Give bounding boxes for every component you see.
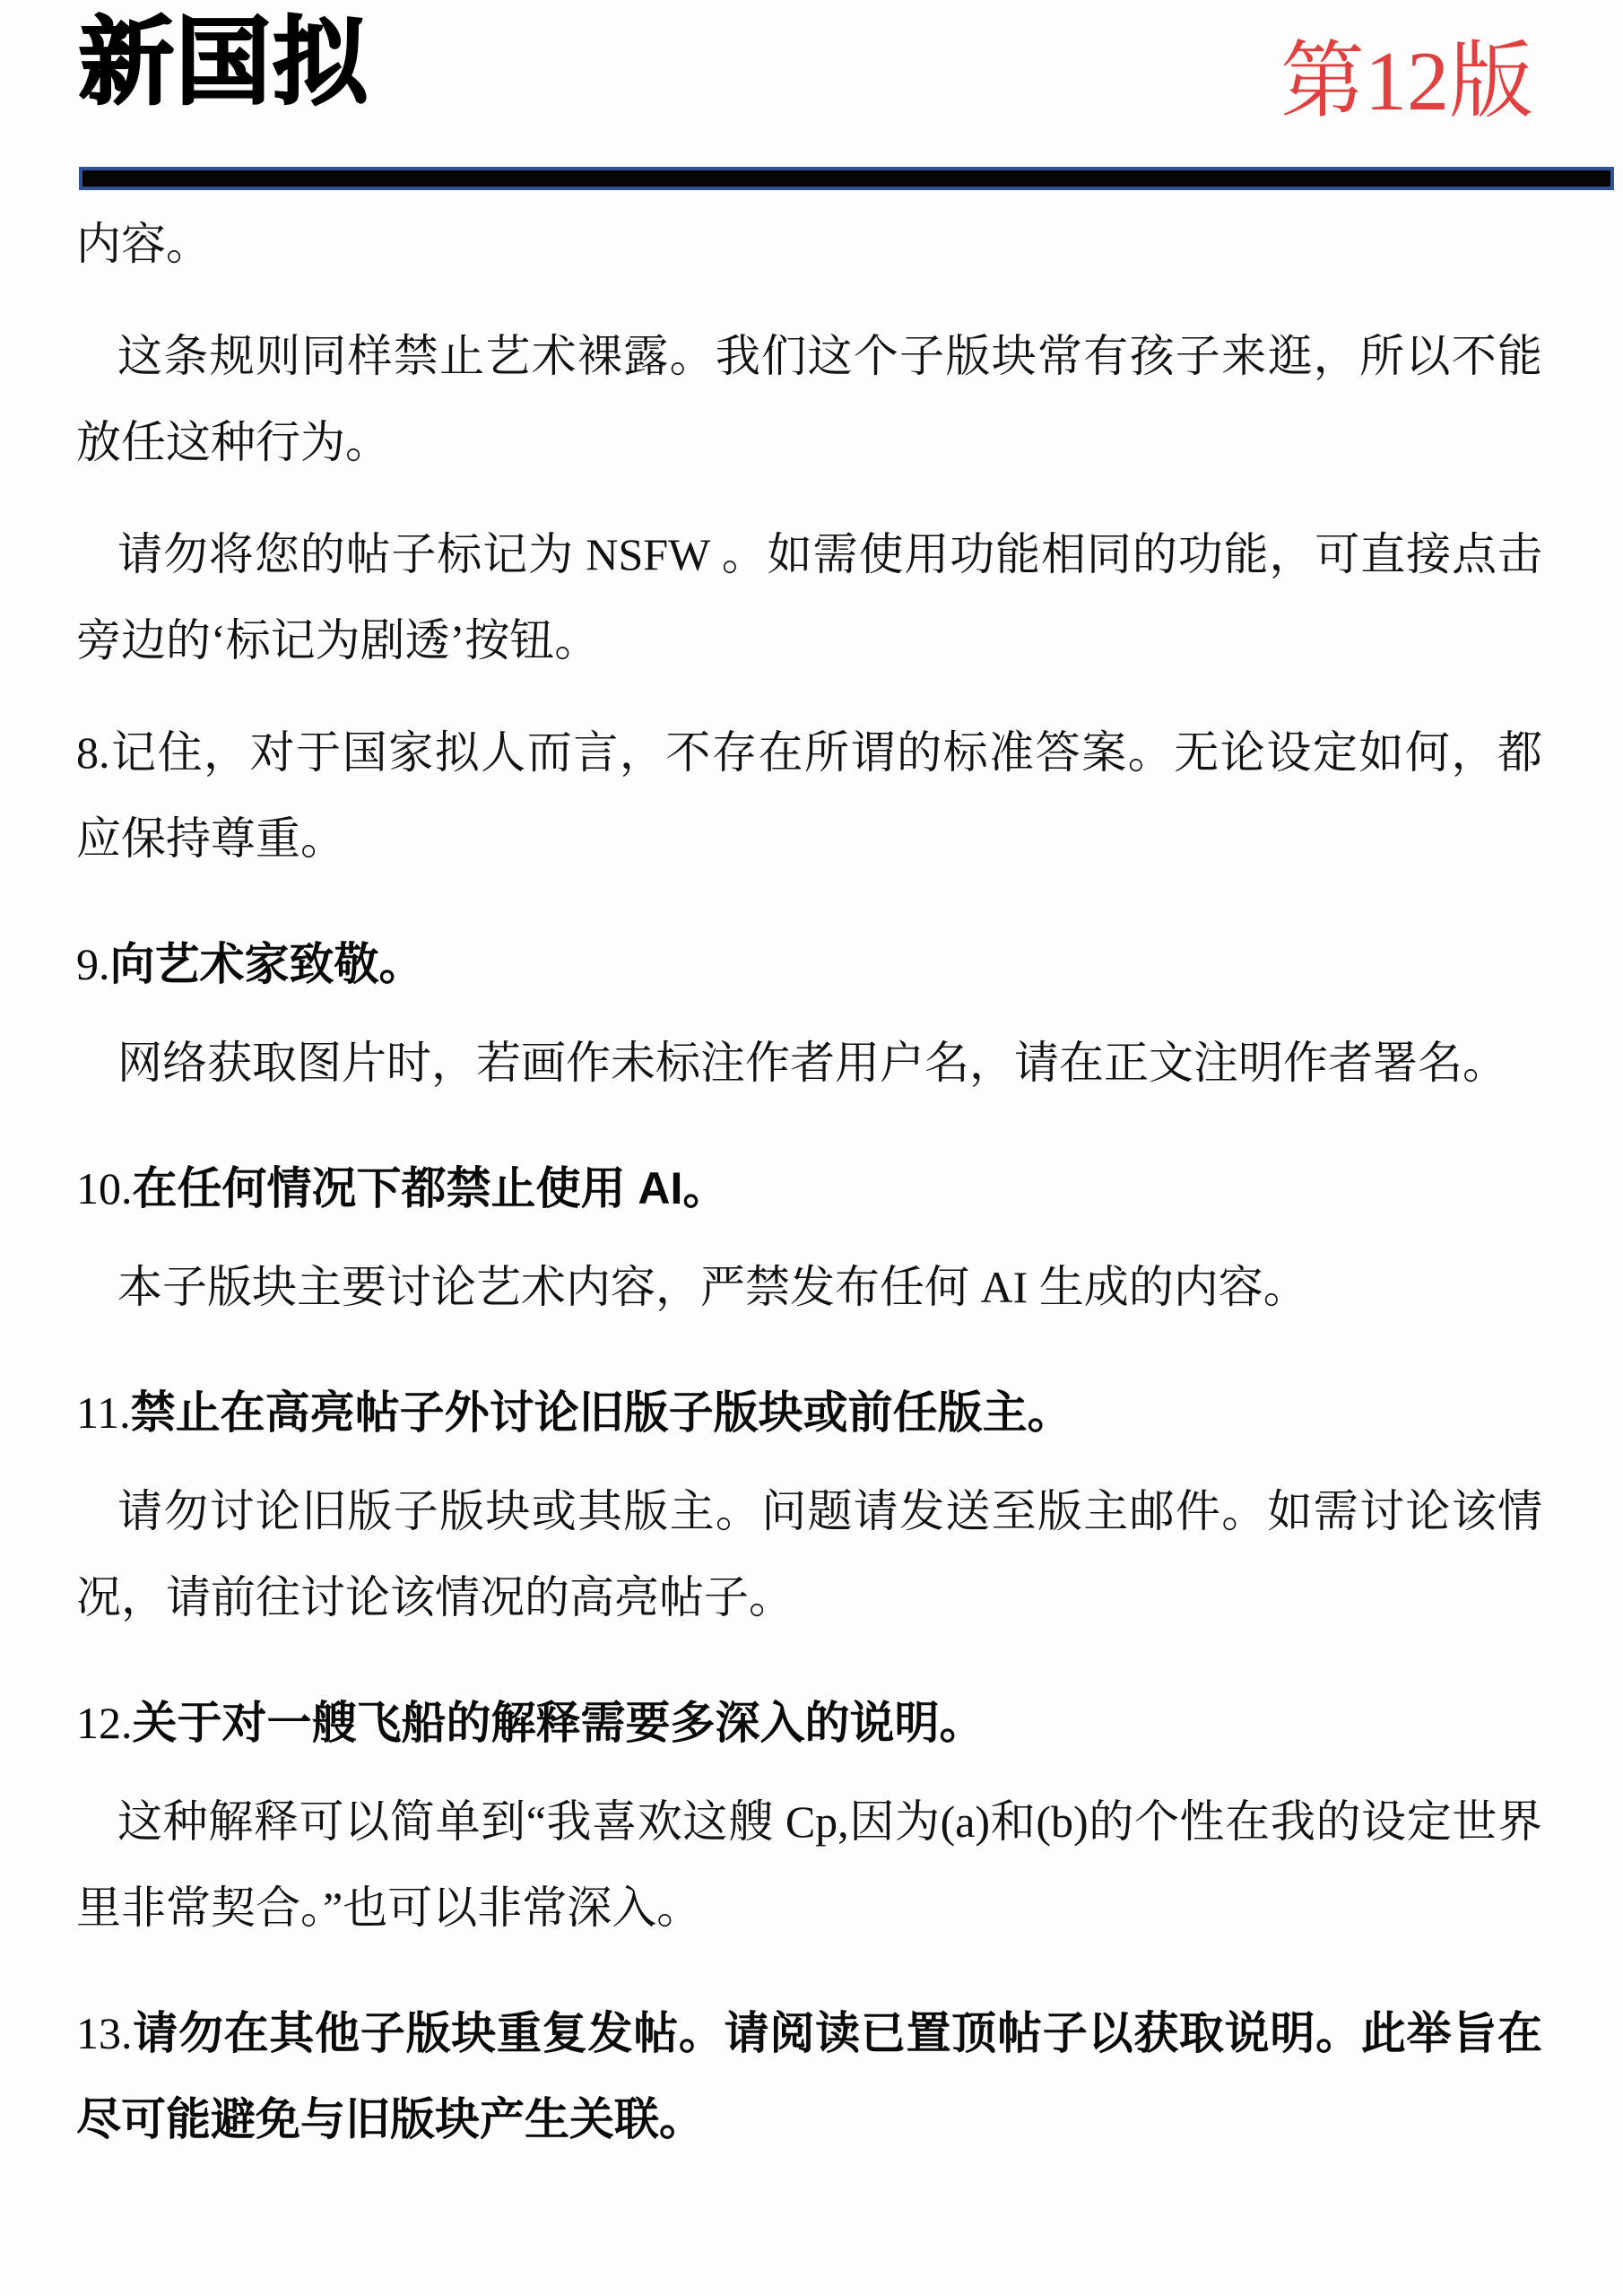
rule-number: 12. bbox=[76, 1698, 133, 1748]
body-paragraph: 8.记住，对于国家拟人而言，不存在所谓的标准答案。无论设定如何，都应保持尊重。 bbox=[76, 709, 1542, 882]
body-paragraph: 网络获取图片时，若画作未标注作者用户名，请在正文注明作者署名。 bbox=[76, 1020, 1542, 1106]
rule-title-text: 关于对一艘飞船的解释需要多深入的说明。 bbox=[133, 1698, 985, 1748]
rule-number: 10. bbox=[76, 1163, 133, 1213]
rule-title-text: 禁止在高亮帖子外讨论旧版子版块或前任版主。 bbox=[131, 1387, 1072, 1438]
rule-title-text: 在任何情况下都禁止使用 AI。 bbox=[133, 1163, 728, 1213]
body-paragraph: 请勿将您的帖子标记为 NSFW 。如需使用功能相同的功能，可直接点击旁边的‘标记… bbox=[76, 511, 1542, 683]
rule-heading: 13.请勿在其他子版块重复发帖。请阅读已置顶帖子以获取说明。此举旨在尽可能避免与… bbox=[76, 1990, 1542, 2162]
body-paragraph: 内容。 bbox=[76, 201, 1542, 287]
document-page: 新国拟 第12版 内容。这条规则同样禁止艺术裸露。我们这个子版块常有孩子来逛，所… bbox=[0, 0, 1623, 2296]
masthead-title: 新国拟 bbox=[79, 9, 369, 118]
rule-title-text: 请勿在其他子版块重复发帖。请阅读已置顶帖子以获取说明。此举旨在尽可能避免与旧版块… bbox=[76, 2008, 1542, 2144]
rule-heading: 9.向艺术家致敬。 bbox=[76, 921, 1542, 1007]
rule-title-text: 向艺术家致敬。 bbox=[110, 939, 424, 989]
body-paragraph: 本子版块主要讨论艺术内容，严禁发布任何 AI 生成的内容。 bbox=[76, 1244, 1542, 1330]
rule-heading: 11.禁止在高亮帖子外讨论旧版子版块或前任版主。 bbox=[76, 1370, 1542, 1456]
document-body: 内容。这条规则同样禁止艺术裸露。我们这个子版块常有孩子来逛，所以不能放任这种行为… bbox=[0, 190, 1623, 2162]
rule-number: 11. bbox=[76, 1387, 131, 1438]
rule-number: 9. bbox=[76, 939, 110, 989]
rule-heading: 10.在任何情况下都禁止使用 AI。 bbox=[76, 1145, 1542, 1231]
page-header: 新国拟 第12版 bbox=[0, 0, 1623, 154]
header-divider-bar bbox=[79, 167, 1614, 190]
rule-number: 13. bbox=[76, 2008, 133, 2058]
body-paragraph: 这条规则同样禁止艺术裸露。我们这个子版块常有孩子来逛，所以不能放任这种行为。 bbox=[76, 313, 1542, 485]
body-paragraph: 这种解释可以简单到“我喜欢这艘 Cp,因为(a)和(b)的个性在我的设定世界里非… bbox=[76, 1779, 1542, 1951]
body-paragraph: 请勿讨论旧版子版块或其版主。问题请发送至版主邮件。如需讨论该情况，请前往讨论该情… bbox=[76, 1468, 1542, 1640]
edition-label: 第12版 bbox=[1280, 36, 1533, 128]
rule-heading: 12.关于对一艘飞船的解释需要多深入的说明。 bbox=[76, 1680, 1542, 1766]
